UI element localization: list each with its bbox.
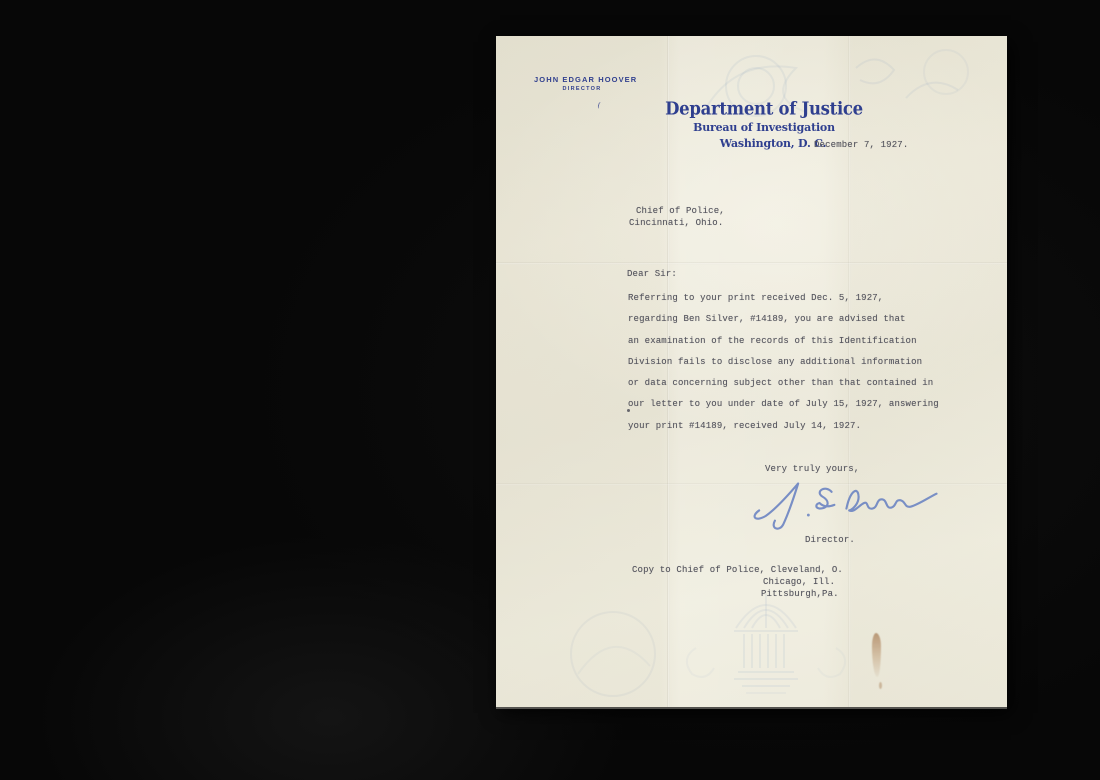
horizontal-fold-crease <box>496 262 1007 265</box>
body-line: Referring to your print received Dec. 5,… <box>628 288 939 309</box>
watermark-swirl <box>558 604 668 704</box>
bureau-name: Bureau of Investigation <box>614 121 914 134</box>
letter-page: JOHN EDGAR HOOVER DIRECTOR Department of… <box>496 36 1007 707</box>
closing-line: Very truly yours, <box>765 464 859 474</box>
director-title: DIRECTOR <box>534 86 630 92</box>
handwritten-signature <box>748 474 943 532</box>
body-line: regarding Ben Silver, #14189, you are ad… <box>628 309 939 330</box>
photo-background: JOHN EDGAR HOOVER DIRECTOR Department of… <box>0 0 1100 780</box>
body-line: our letter to you under date of July 15,… <box>628 394 939 415</box>
body-line: Division fails to disclose any additiona… <box>628 352 939 373</box>
recipient-line: Chief of Police, <box>636 206 725 216</box>
department-name: Department of Justice <box>614 98 914 119</box>
letterhead-director-block: JOHN EDGAR HOOVER DIRECTOR <box>534 75 630 92</box>
stray-ink-tick <box>597 102 603 110</box>
body-line: your print #14189, received July 14, 192… <box>628 416 939 437</box>
director-name: JOHN EDGAR HOOVER <box>534 75 630 84</box>
salutation: Dear Sir: <box>627 269 677 279</box>
stain-speck <box>879 682 882 689</box>
brown-stain <box>872 633 881 677</box>
copy-to-line: Chicago, Ill. <box>763 577 835 587</box>
columns-watermark <box>666 588 866 706</box>
date-line: December 7, 1927. <box>814 140 908 150</box>
body-line: an examination of the records of this Id… <box>628 331 939 352</box>
letter-body: Referring to your print received Dec. 5,… <box>628 288 939 437</box>
signer-title: Director. <box>805 535 855 545</box>
copy-to-line: Copy to Chief of Police, Cleveland, O. <box>632 565 843 575</box>
recipient-line: Cincinnati, Ohio. <box>629 218 723 228</box>
stray-type-mark <box>627 409 630 412</box>
body-line: or data concerning subject other than th… <box>628 373 939 394</box>
